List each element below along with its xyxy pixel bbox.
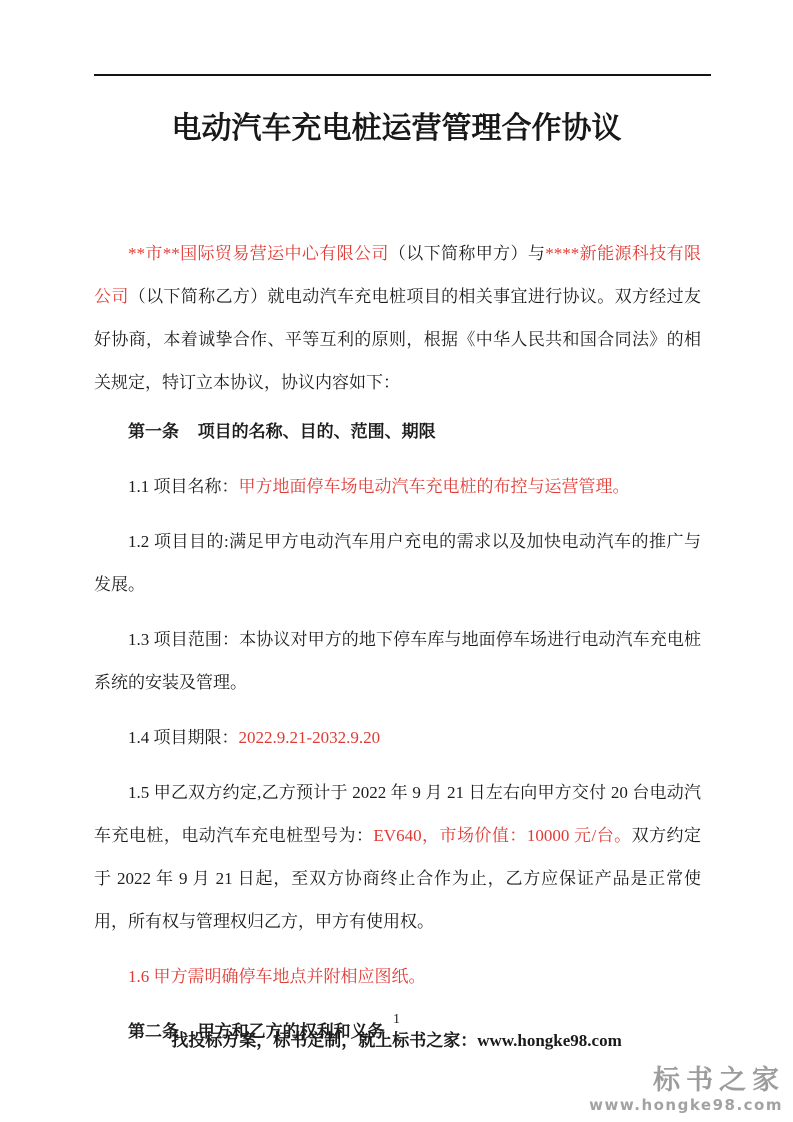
footer-promo-text: 找投标方案，标书定制，就上标书之家：www.hongke98.com (0, 1029, 793, 1053)
document-page: 电动汽车充电桩运营管理合作协议 **市**国际贸易营运中心有限公司（以下简称甲方… (0, 0, 793, 1122)
watermark-brand: 标书之家 (589, 1066, 785, 1096)
clause-1-4-label: 1.4 项目期限： (128, 728, 239, 747)
clause-1-1-value: 甲方地面停车场电动汽车充电桩的布控与运营管理。 (239, 477, 630, 496)
page-number: 1 (0, 1011, 793, 1029)
intro-between-text: （以下简称甲方）与 (389, 244, 545, 263)
clause-1-3: 1.3 项目范围：本协议对甲方的地下停车库与地面停车场进行电动汽车充电桩系统的安… (94, 618, 701, 704)
watermark-url: www.hongke98.com (589, 1096, 783, 1114)
document-body: **市**国际贸易营运中心有限公司（以下简称甲方）与****新能源科技有限公司（… (94, 232, 701, 1053)
party-a-name: **市**国际贸易营运中心有限公司 (128, 244, 389, 263)
clause-1-4-value: 2022.9.21-2032.9.20 (239, 728, 381, 747)
watermark: 标书之家 www.hongke98.com (589, 1066, 783, 1114)
section-1-number: 第一条 (128, 422, 179, 441)
intro-paragraph: **市**国际贸易营运中心有限公司（以下简称甲方）与****新能源科技有限公司（… (94, 232, 701, 404)
document-title: 电动汽车充电桩运营管理合作协议 (0, 103, 793, 147)
section-1-heading: 第一条项目的名称、目的、范围、期限 (94, 410, 701, 453)
header-divider-line (94, 74, 711, 76)
clause-1-1-label: 1.1 项目名称： (128, 477, 239, 496)
intro-rest-text: （以下简称乙方）就电动汽车充电桩项目的相关事宜进行协议。双方经过友好协商，本着诚… (94, 287, 701, 392)
clause-1-6: 1.6 甲方需明确停车地点并附相应图纸。 (94, 955, 701, 998)
clause-1-5: 1.5 甲乙双方约定,乙方预计于 2022 年 9 月 21 日左右向甲方交付 … (94, 771, 701, 943)
section-1-title: 项目的名称、目的、范围、期限 (198, 422, 436, 441)
clause-1-4: 1.4 项目期限：2022.9.21-2032.9.20 (94, 716, 701, 759)
clause-1-1: 1.1 项目名称：甲方地面停车场电动汽车充电桩的布控与运营管理。 (94, 465, 701, 508)
clause-1-5-price: EV640，市场价值：10000 元/台。 (373, 826, 631, 845)
clause-1-2: 1.2 项目目的:满足甲方电动汽车用户充电的需求以及加快电动汽车的推广与发展。 (94, 520, 701, 606)
